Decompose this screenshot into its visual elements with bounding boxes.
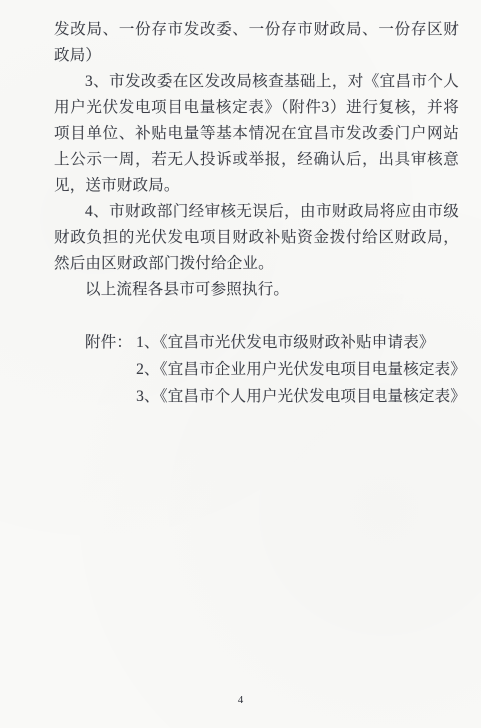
attachment-item-3: 3、《宜昌市个人用户光伏发电项目电量核定表》 bbox=[136, 383, 466, 410]
paragraph-step-3: 3、市发改委在区发改局核查基础上，对《宜昌市个人用户光伏发电项目电量核定表》（附… bbox=[54, 69, 459, 199]
paragraph-continuation: 发改局、一份存市发改委、一份存市财政局、一份存区财政局） bbox=[54, 17, 459, 69]
attachments-label: 附件： bbox=[85, 329, 132, 356]
attachments-block: 附件： 1、《宜昌市光伏发电市级财政补贴申请表》 2、《宜昌市企业用户光伏发电项… bbox=[85, 329, 466, 410]
document-page: 发改局、一份存市发改委、一份存市财政局、一份存区财政局） 3、市发改委在区发改局… bbox=[0, 0, 481, 728]
attachment-item-1: 1、《宜昌市光伏发电市级财政补贴申请表》 bbox=[136, 329, 466, 356]
paragraph-step-4: 4、市财政部门经审核无误后，由市财政局将应由市级财政负担的光伏发电项目财政补贴资… bbox=[54, 199, 459, 277]
attachment-item-2: 2、《宜昌市企业用户光伏发电项目电量核定表》 bbox=[136, 356, 466, 383]
body-text: 发改局、一份存市发改委、一份存市财政局、一份存区财政局） 3、市发改委在区发改局… bbox=[54, 17, 459, 303]
attachment-list: 1、《宜昌市光伏发电市级财政补贴申请表》 2、《宜昌市企业用户光伏发电项目电量核… bbox=[136, 329, 466, 410]
page-number: 4 bbox=[0, 694, 481, 706]
paragraph-closing: 以上流程各县市可参照执行。 bbox=[54, 277, 459, 303]
